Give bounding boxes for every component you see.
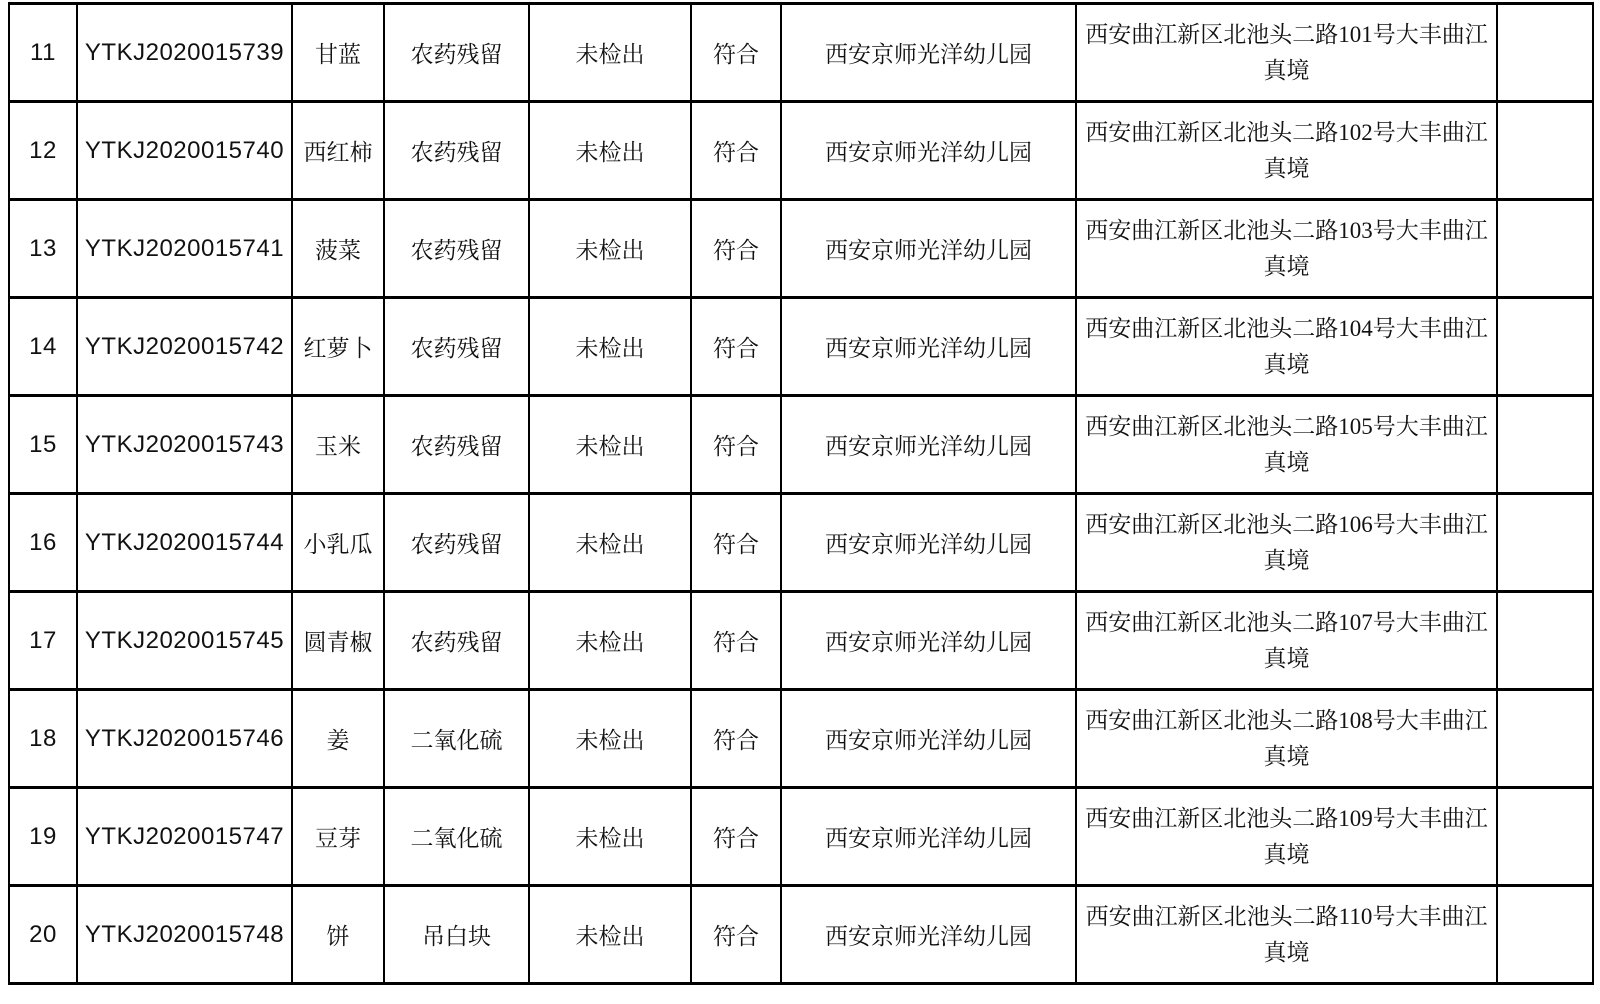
cell-extra: [1497, 886, 1593, 984]
table-row: 13 YTKJ2020015741 菠菜 农药残留 未检出 符合 西安京师光洋幼…: [9, 200, 1593, 298]
cell-sample-id: YTKJ2020015746: [77, 690, 292, 788]
cell-extra: [1497, 690, 1593, 788]
cell-row-number: 15: [9, 396, 77, 494]
table-row: 11 YTKJ2020015739 甘蓝 农药残留 未检出 符合 西安京师光洋幼…: [9, 4, 1593, 102]
cell-organization: 西安京师光洋幼儿园: [781, 886, 1076, 984]
cell-sample-id: YTKJ2020015745: [77, 592, 292, 690]
cell-conclusion: 符合: [691, 592, 781, 690]
cell-sample-id: YTKJ2020015744: [77, 494, 292, 592]
cell-row-number: 17: [9, 592, 77, 690]
cell-test-item: 农药残留: [384, 102, 529, 200]
cell-conclusion: 符合: [691, 494, 781, 592]
cell-food-name: 饼: [292, 886, 384, 984]
cell-row-number: 20: [9, 886, 77, 984]
cell-result: 未检出: [529, 494, 691, 592]
cell-address: 西安曲江新区北池头二路109号大丰曲江真境: [1076, 788, 1497, 886]
cell-test-item: 农药残留: [384, 4, 529, 102]
cell-extra: [1497, 200, 1593, 298]
cell-row-number: 19: [9, 788, 77, 886]
cell-address: 西安曲江新区北池头二路102号大丰曲江真境: [1076, 102, 1497, 200]
cell-conclusion: 符合: [691, 396, 781, 494]
cell-row-number: 11: [9, 4, 77, 102]
cell-food-name: 玉米: [292, 396, 384, 494]
cell-extra: [1497, 592, 1593, 690]
cell-result: 未检出: [529, 4, 691, 102]
cell-extra: [1497, 298, 1593, 396]
cell-sample-id: YTKJ2020015740: [77, 102, 292, 200]
inspection-results-table: 11 YTKJ2020015739 甘蓝 农药残留 未检出 符合 西安京师光洋幼…: [8, 2, 1594, 985]
cell-organization: 西安京师光洋幼儿园: [781, 396, 1076, 494]
table-row: 18 YTKJ2020015746 姜 二氧化硫 未检出 符合 西安京师光洋幼儿…: [9, 690, 1593, 788]
cell-test-item: 农药残留: [384, 494, 529, 592]
cell-sample-id: YTKJ2020015748: [77, 886, 292, 984]
cell-address: 西安曲江新区北池头二路110号大丰曲江真境: [1076, 886, 1497, 984]
cell-organization: 西安京师光洋幼儿园: [781, 298, 1076, 396]
cell-food-name: 姜: [292, 690, 384, 788]
cell-result: 未检出: [529, 298, 691, 396]
cell-extra: [1497, 4, 1593, 102]
cell-test-item: 二氧化硫: [384, 690, 529, 788]
cell-food-name: 圆青椒: [292, 592, 384, 690]
cell-address: 西安曲江新区北池头二路106号大丰曲江真境: [1076, 494, 1497, 592]
cell-row-number: 12: [9, 102, 77, 200]
cell-address: 西安曲江新区北池头二路104号大丰曲江真境: [1076, 298, 1497, 396]
cell-sample-id: YTKJ2020015743: [77, 396, 292, 494]
cell-organization: 西安京师光洋幼儿园: [781, 690, 1076, 788]
cell-sample-id: YTKJ2020015747: [77, 788, 292, 886]
cell-test-item: 农药残留: [384, 396, 529, 494]
table-row: 12 YTKJ2020015740 西红柿 农药残留 未检出 符合 西安京师光洋…: [9, 102, 1593, 200]
table-body: 11 YTKJ2020015739 甘蓝 农药残留 未检出 符合 西安京师光洋幼…: [9, 4, 1593, 984]
cell-sample-id: YTKJ2020015739: [77, 4, 292, 102]
cell-conclusion: 符合: [691, 886, 781, 984]
document-page: 11 YTKJ2020015739 甘蓝 农药残留 未检出 符合 西安京师光洋幼…: [0, 0, 1600, 1004]
cell-result: 未检出: [529, 200, 691, 298]
cell-organization: 西安京师光洋幼儿园: [781, 494, 1076, 592]
cell-conclusion: 符合: [691, 690, 781, 788]
cell-food-name: 西红柿: [292, 102, 384, 200]
table-row: 16 YTKJ2020015744 小乳瓜 农药残留 未检出 符合 西安京师光洋…: [9, 494, 1593, 592]
cell-conclusion: 符合: [691, 298, 781, 396]
cell-food-name: 豆芽: [292, 788, 384, 886]
cell-row-number: 18: [9, 690, 77, 788]
cell-food-name: 小乳瓜: [292, 494, 384, 592]
cell-conclusion: 符合: [691, 102, 781, 200]
cell-address: 西安曲江新区北池头二路107号大丰曲江真境: [1076, 592, 1497, 690]
cell-result: 未检出: [529, 102, 691, 200]
cell-food-name: 甘蓝: [292, 4, 384, 102]
cell-result: 未检出: [529, 592, 691, 690]
cell-address: 西安曲江新区北池头二路108号大丰曲江真境: [1076, 690, 1497, 788]
cell-row-number: 13: [9, 200, 77, 298]
table-row: 15 YTKJ2020015743 玉米 农药残留 未检出 符合 西安京师光洋幼…: [9, 396, 1593, 494]
cell-result: 未检出: [529, 886, 691, 984]
cell-result: 未检出: [529, 690, 691, 788]
cell-extra: [1497, 102, 1593, 200]
cell-address: 西安曲江新区北池头二路103号大丰曲江真境: [1076, 200, 1497, 298]
table-row: 20 YTKJ2020015748 饼 吊白块 未检出 符合 西安京师光洋幼儿园…: [9, 886, 1593, 984]
cell-row-number: 14: [9, 298, 77, 396]
cell-test-item: 二氧化硫: [384, 788, 529, 886]
cell-food-name: 红萝卜: [292, 298, 384, 396]
table-row: 19 YTKJ2020015747 豆芽 二氧化硫 未检出 符合 西安京师光洋幼…: [9, 788, 1593, 886]
cell-organization: 西安京师光洋幼儿园: [781, 200, 1076, 298]
cell-address: 西安曲江新区北池头二路105号大丰曲江真境: [1076, 396, 1497, 494]
cell-result: 未检出: [529, 788, 691, 886]
cell-food-name: 菠菜: [292, 200, 384, 298]
table-row: 17 YTKJ2020015745 圆青椒 农药残留 未检出 符合 西安京师光洋…: [9, 592, 1593, 690]
cell-row-number: 16: [9, 494, 77, 592]
cell-organization: 西安京师光洋幼儿园: [781, 592, 1076, 690]
cell-extra: [1497, 494, 1593, 592]
cell-test-item: 农药残留: [384, 592, 529, 690]
cell-test-item: 农药残留: [384, 298, 529, 396]
cell-organization: 西安京师光洋幼儿园: [781, 102, 1076, 200]
cell-conclusion: 符合: [691, 788, 781, 886]
cell-address: 西安曲江新区北池头二路101号大丰曲江真境: [1076, 4, 1497, 102]
cell-sample-id: YTKJ2020015742: [77, 298, 292, 396]
cell-conclusion: 符合: [691, 200, 781, 298]
cell-extra: [1497, 788, 1593, 886]
cell-conclusion: 符合: [691, 4, 781, 102]
cell-organization: 西安京师光洋幼儿园: [781, 4, 1076, 102]
cell-organization: 西安京师光洋幼儿园: [781, 788, 1076, 886]
cell-result: 未检出: [529, 396, 691, 494]
cell-test-item: 吊白块: [384, 886, 529, 984]
cell-test-item: 农药残留: [384, 200, 529, 298]
cell-sample-id: YTKJ2020015741: [77, 200, 292, 298]
table-row: 14 YTKJ2020015742 红萝卜 农药残留 未检出 符合 西安京师光洋…: [9, 298, 1593, 396]
cell-extra: [1497, 396, 1593, 494]
